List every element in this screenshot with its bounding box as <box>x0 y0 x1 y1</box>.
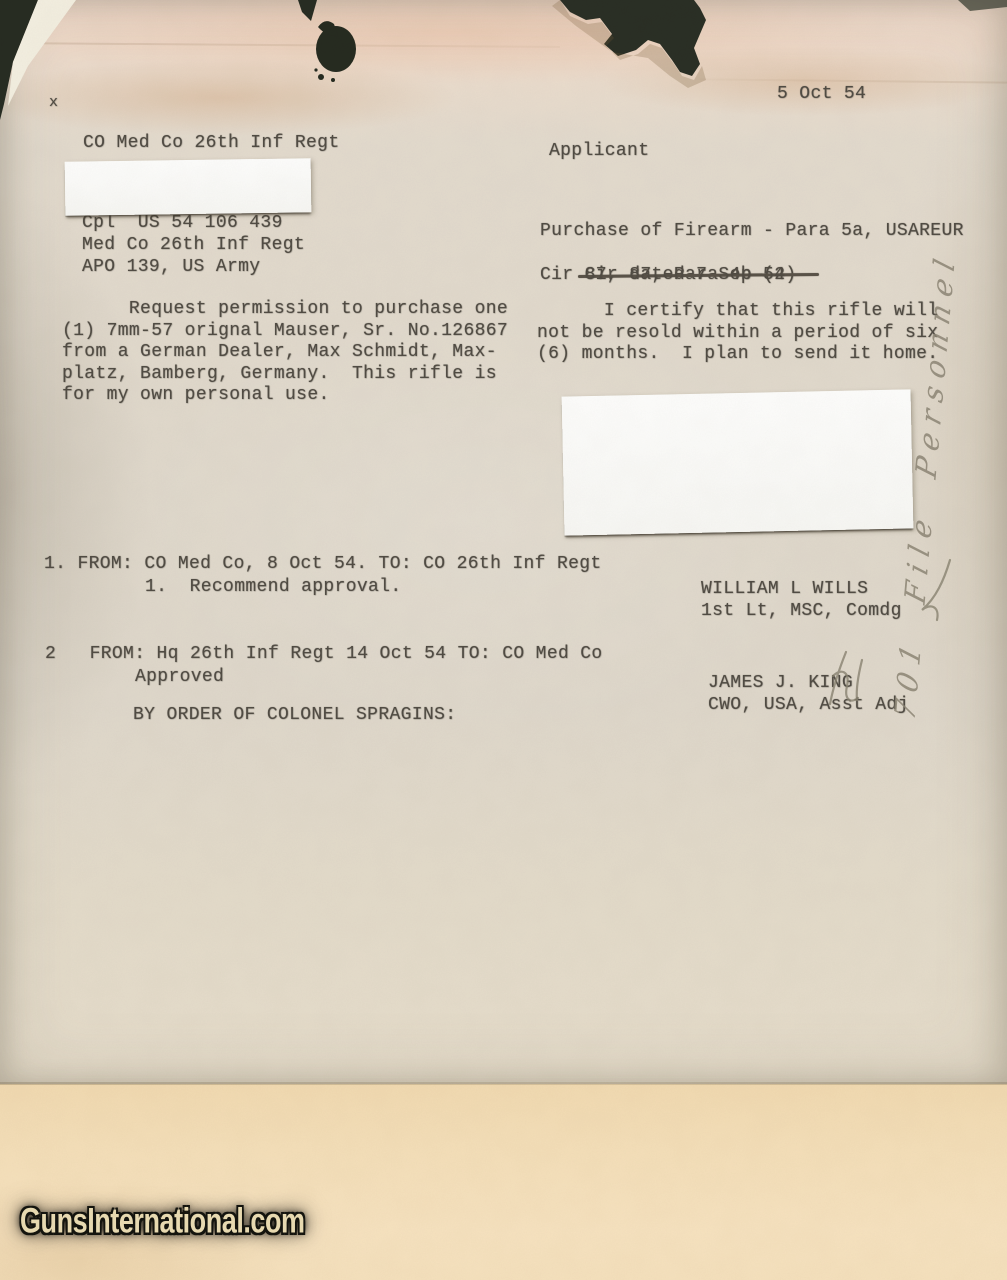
watermark-gunsinternational: GunsInternational.com <box>20 1202 305 1242</box>
certification-line: I certify that this rifle will <box>537 301 938 323</box>
request-line: Request permission to purchase one <box>62 299 508 321</box>
signature-title-wills: 1st Lt, MSC, Comdg <box>701 601 902 623</box>
applicant-label: Applicant <box>549 141 649 163</box>
addressee-line: CO Med Co 26th Inf Regt <box>83 133 340 155</box>
redaction-box-right <box>562 389 914 535</box>
signature-name-king: JAMES J. KING <box>708 673 853 695</box>
apo-line: APO 139, US Army <box>82 257 260 279</box>
request-line: for my own personal use. <box>62 385 330 407</box>
date-line: 5 Oct 54 <box>777 84 866 106</box>
endorsement-2-body: Approved <box>135 667 224 689</box>
typed-x-mark: x <box>49 92 58 114</box>
request-line: platz, Bamberg, Germany. This rifle is <box>62 364 497 386</box>
paper-sheet-bottom-band <box>0 1084 1007 1280</box>
endorsement-2-heading: 2 FROM: Hq 26th Inf Regt 14 Oct 54 TO: C… <box>45 644 603 666</box>
certification-line: not be resold within a period of six <box>537 323 938 345</box>
paper-band-edge <box>0 1082 1007 1085</box>
endorsement-1-heading: 1. FROM: CO Med Co, 8 Oct 54. TO: CO 26t… <box>44 554 602 576</box>
certification-line: (6) months. I plan to send it home. <box>537 344 938 366</box>
signature-name-wills: WILLIAM L WILLS <box>701 579 868 601</box>
signature-title-king: CWO, USA, Asst Adj <box>708 695 909 717</box>
subject-line-2: Cir 87, dated 7 Sep 54 <box>540 265 785 287</box>
redaction-box-top <box>65 158 312 215</box>
scanned-document: x 5 Oct 54 CO Med Co 26th Inf Regt Appli… <box>0 0 1007 1280</box>
endorsement-1-body: 1. Recommend approval. <box>145 577 402 599</box>
by-order-line: BY ORDER OF COLONEL SPRAGINS: <box>133 705 456 727</box>
request-line: (1) 7mm-57 orignal Mauser, Sr. No.126867 <box>62 321 508 343</box>
request-line: from a German Dealer, Max Schmidt, Max- <box>62 342 497 364</box>
subject-line-1: Purchase of Firearm - Para 5a, USAREUR <box>540 221 964 243</box>
unit-line: Med Co 26th Inf Regt <box>82 235 305 257</box>
rank-serial-line: Cpl US 54 106 439 <box>82 213 283 235</box>
